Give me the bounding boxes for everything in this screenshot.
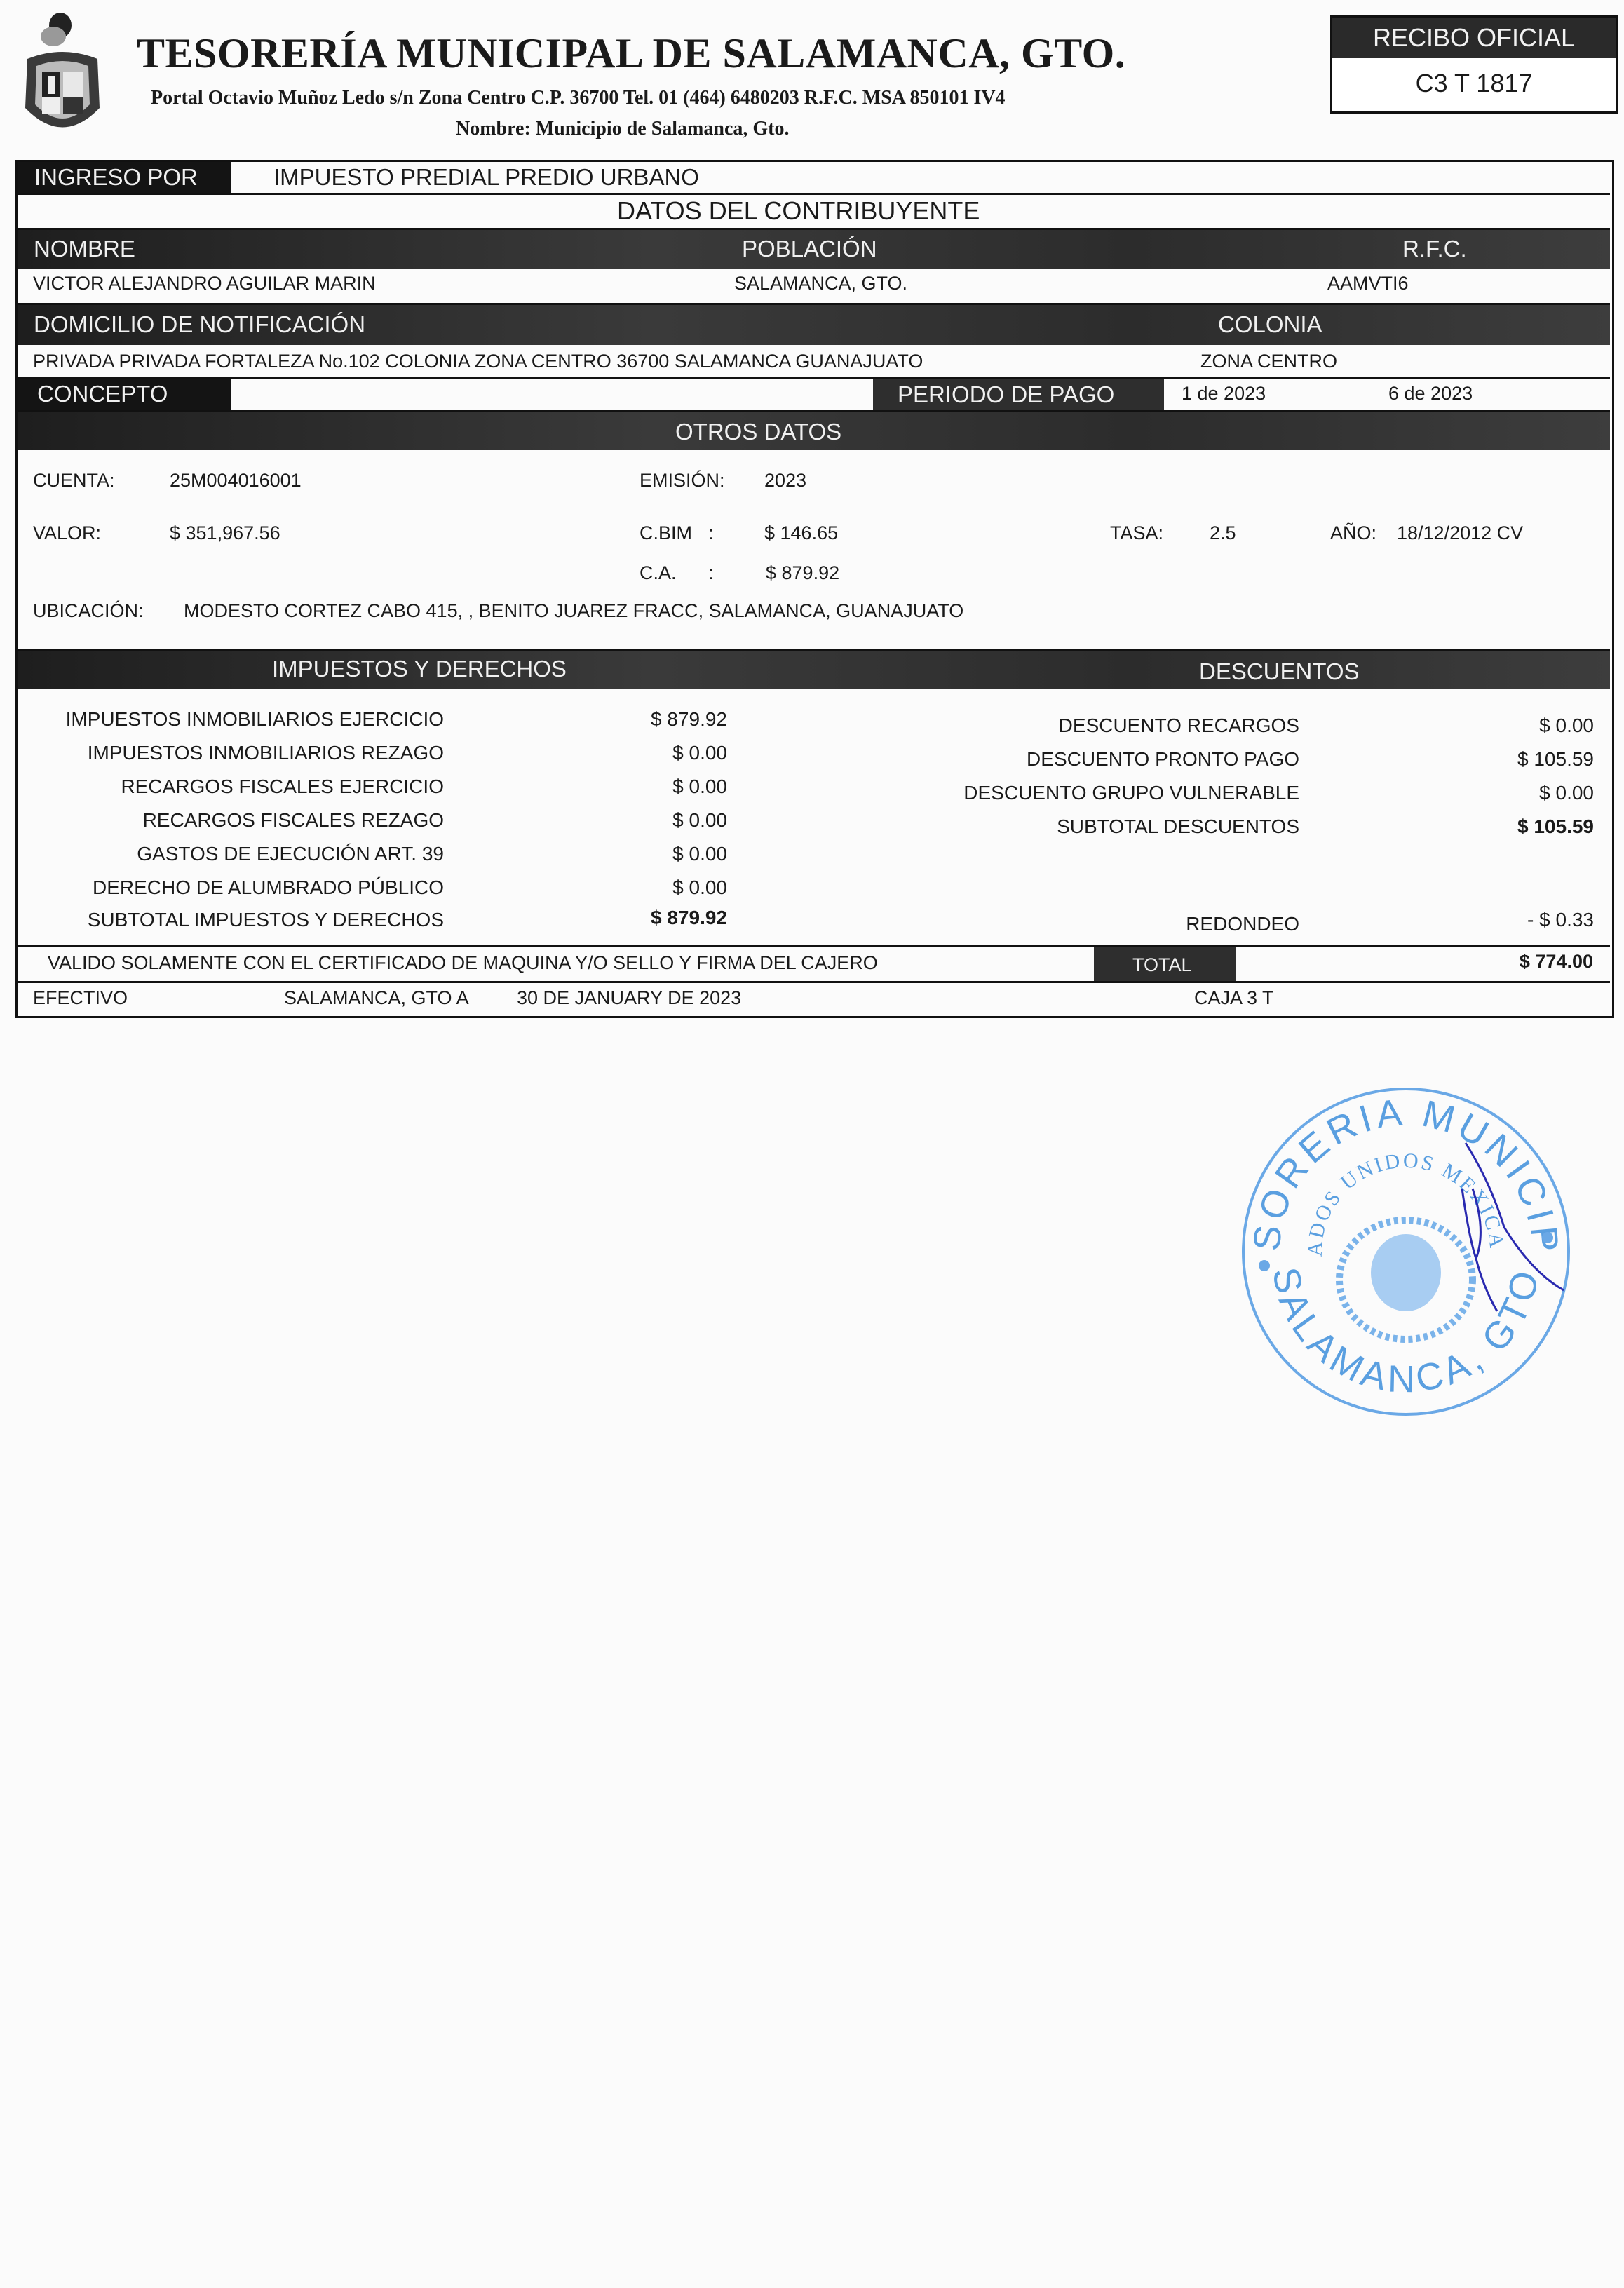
impuesto-item-amount: $ 0.00 [603, 742, 727, 764]
concepto-label-box: CONCEPTO [18, 379, 231, 410]
validez-text: VALIDO SOLAMENTE CON EL CERTIFICADO DE M… [48, 952, 878, 974]
cbim-value: $ 146.65 [764, 522, 838, 544]
nombre-label: NOMBRE [34, 236, 135, 262]
total-label-box: TOTAL [1094, 947, 1236, 981]
receipt-number-box: RECIBO OFICIAL C3 T 1817 [1330, 15, 1618, 114]
rfc-label: R.F.C. [1402, 236, 1467, 262]
municipal-crest-icon [17, 10, 108, 143]
domicilio-header-bar: DOMICILIO DE NOTIFICACIÓN COLONIA [18, 305, 1610, 345]
ingreso-value: IMPUESTO PREDIAL PREDIO URBANO [273, 164, 699, 191]
descuento-item-label: DESCUENTO PRONTO PAGO [912, 748, 1299, 771]
anio-value: 18/12/2012 CV [1397, 522, 1523, 544]
forma-pago: EFECTIVO [33, 987, 128, 1009]
ubicacion-label: UBICACIÓN: [33, 600, 144, 622]
total-label: TOTAL [1132, 954, 1192, 976]
lugar-text: SALAMANCA, GTO A [284, 987, 469, 1009]
impuesto-item-label: IMPUESTOS INMOBILIARIOS REZAGO [42, 742, 444, 764]
receipt-number: C3 T 1817 [1332, 58, 1616, 109]
cuenta-label: CUENTA: [33, 470, 115, 492]
impuestos-descuentos-header-bar: IMPUESTOS Y DERECHOS DESCUENTOS [18, 651, 1610, 689]
impuesto-item-label: RECARGOS FISCALES EJERCICIO [42, 776, 444, 798]
cbim-label: C.BIM [640, 522, 692, 544]
emision-value: 2023 [764, 470, 806, 492]
impuesto-item-amount: $ 0.00 [603, 809, 727, 832]
fecha-text: 30 DE JANUARY DE 2023 [517, 987, 741, 1009]
ingreso-label: INGRESO POR [34, 164, 198, 191]
caja-text: CAJA 3 T [1194, 987, 1274, 1009]
contribuyente-colonia: ZONA CENTRO [1200, 351, 1337, 372]
redondeo-label: REDONDEO [1052, 913, 1299, 935]
emision-label: EMISIÓN: [640, 470, 725, 492]
contribuyente-rfc: AAMVTI6 [1327, 273, 1409, 295]
impuestos-title: IMPUESTOS Y DERECHOS [272, 656, 567, 682]
issuer-name: Nombre: Municipio de Salamanca, Gto. [456, 118, 789, 140]
descuento-item-amount: $ 0.00 [1452, 782, 1594, 804]
contribuyente-nombre: VICTOR ALEJANDRO AGUILAR MARIN [33, 273, 376, 295]
domicilio-label: DOMICILIO DE NOTIFICACIÓN [34, 311, 365, 338]
impuesto-item-amount: $ 879.92 [603, 708, 727, 731]
issuer-title: TESORERÍA MUNICIPAL DE SALAMANCA, GTO. [137, 29, 1125, 78]
official-stamp-icon: TESORERIA MUNICIPAL SALAMANCA, GTO ESTAD… [1231, 1076, 1581, 1427]
otros-datos-title: OTROS DATOS [675, 419, 841, 445]
descuento-item-label: DESCUENTO GRUPO VULNERABLE [912, 782, 1299, 804]
tasa-value: 2.5 [1210, 522, 1236, 544]
contribuyente-header-bar: NOMBRE POBLACIÓN R.F.C. [18, 230, 1610, 269]
descuentos-title: DESCUENTOS [1199, 658, 1360, 685]
contribuyente-poblacion: SALAMANCA, GTO. [734, 273, 907, 295]
cuenta-value: 25M004016001 [170, 470, 302, 492]
impuesto-item-label: IMPUESTOS INMOBILIARIOS EJERCICIO [42, 708, 444, 731]
receipt-label: RECIBO OFICIAL [1332, 18, 1616, 58]
contribuyente-title: DATOS DEL CONTRIBUYENTE [617, 196, 980, 226]
ingreso-label-box: INGRESO POR [18, 162, 231, 193]
impuesto-item-label: GASTOS DE EJECUCIÓN ART. 39 [42, 843, 444, 865]
impuesto-item-amount: $ 0.00 [603, 776, 727, 798]
valor-label: VALOR: [33, 522, 101, 544]
concepto-label: CONCEPTO [37, 381, 168, 407]
tasa-label: TASA: [1110, 522, 1163, 544]
total-value: $ 774.00 [1452, 951, 1593, 973]
cbim-colon: : [708, 522, 714, 544]
subtotal-descuentos-label: SUBTOTAL DESCUENTOS [1052, 815, 1299, 838]
otros-datos-header-bar: OTROS DATOS [18, 412, 1610, 450]
periodo-hasta: 6 de 2023 [1388, 383, 1473, 405]
redondeo-value: - $ 0.33 [1452, 909, 1594, 931]
ca-colon: : [708, 562, 714, 584]
valor-value: $ 351,967.56 [170, 522, 280, 544]
ubicacion-value: MODESTO CORTEZ CABO 415, , BENITO JUAREZ… [184, 600, 963, 622]
descuento-item-amount: $ 0.00 [1452, 715, 1594, 737]
ca-label: C.A. [640, 562, 677, 584]
subtotal-impuestos-label: SUBTOTAL IMPUESTOS Y DERECHOS [42, 909, 444, 931]
poblacion-label: POBLACIÓN [742, 236, 877, 262]
impuesto-item-label: DERECHO DE ALUMBRADO PÚBLICO [42, 876, 444, 899]
ca-value: $ 879.92 [766, 562, 839, 584]
impuesto-item-amount: $ 0.00 [603, 876, 727, 899]
subtotal-descuentos-value: $ 105.59 [1452, 815, 1594, 838]
impuesto-item-label: RECARGOS FISCALES REZAGO [42, 809, 444, 832]
subtotal-impuestos-value: $ 879.92 [603, 907, 727, 929]
descuento-item-amount: $ 105.59 [1452, 748, 1594, 771]
periodo-label: PERIODO DE PAGO [898, 381, 1114, 408]
periodo-desde: 1 de 2023 [1182, 383, 1266, 405]
periodo-label-box: PERIODO DE PAGO [873, 379, 1164, 410]
contribuyente-domicilio: PRIVADA PRIVADA FORTALEZA No.102 COLONIA… [33, 351, 923, 372]
anio-label: AÑO: [1330, 522, 1376, 544]
impuesto-item-amount: $ 0.00 [603, 843, 727, 865]
colonia-label: COLONIA [1218, 311, 1322, 338]
issuer-address: Portal Octavio Muñoz Ledo s/n Zona Centr… [151, 87, 1006, 109]
descuento-item-label: DESCUENTO RECARGOS [912, 715, 1299, 737]
